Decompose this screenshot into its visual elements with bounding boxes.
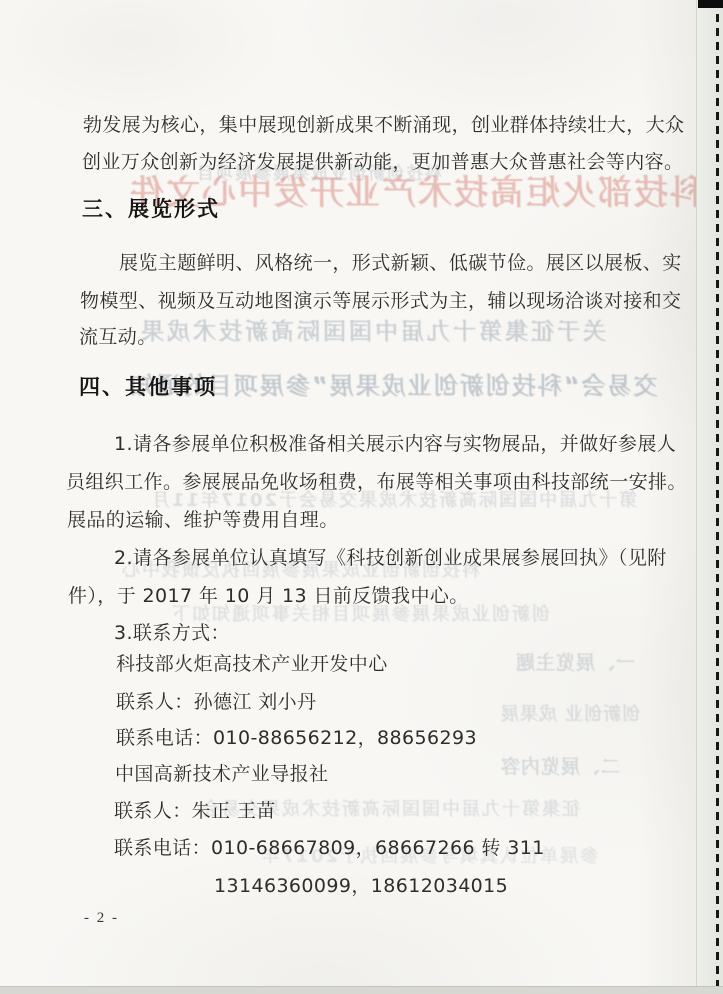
section-heading-3: 三、展览形式: [82, 193, 220, 223]
body-line: 流互动。: [79, 322, 157, 349]
body-line: 1.请各参展单位积极准备相关展示内容与实物展品，并做好参展人: [114, 429, 676, 456]
body-line: 勃发展为核心，集中展现创新成果不断涌现，创业群体持续壮大，大众: [83, 110, 684, 137]
body-line: 件），于 2017 年 10 月 13 日前反馈我中心。: [68, 581, 469, 608]
page-number: - 2 -: [84, 910, 119, 927]
contact-line: 联系人：孙德江 刘小丹: [116, 687, 316, 714]
contact-line: 中国高新技术产业导报社: [115, 759, 328, 786]
body-line: 展品的运输、维护等费用自理。: [67, 505, 339, 532]
scanned-document-page: 科技创新创业成果展参展项目 科技部火炬高技术产业开发中心文件 关于征集第十九届中…: [0, 0, 723, 994]
contact-line: 科技部火炬高技术产业开发中心: [116, 649, 388, 676]
contact-line: 联系电话：010-88656212，88656293: [116, 723, 477, 750]
section-heading-4: 四、其他事项: [79, 371, 217, 401]
contact-line: 联系电话：010-68667809，68667266 转 311: [114, 833, 545, 860]
body-line: 员组织工作。参展展品免收场租费，布展等相关事项由科技部统一安排。: [66, 467, 687, 494]
body-line: 展览主题鲜明、风格统一，形式新颖、低碳节俭。展区以展板、实: [119, 248, 682, 275]
contact-line: 13146360099，18612034015: [214, 871, 508, 898]
body-line: 物模型、视频及互动地图演示等展示形式为主，辅以现场洽谈对接和交: [80, 286, 681, 313]
body-line: 3.联系方式：: [114, 618, 230, 645]
body-line: 创业万众创新为经济发展提供新动能，更加普惠大众普惠社会等内容。: [82, 147, 683, 174]
contact-line: 联系人：朱正 王苗: [114, 796, 276, 823]
document-text-layer: 勃发展为核心，集中展现创新成果不断涌现，创业群体持续壮大，大众 创业万众创新为经…: [0, 0, 723, 994]
body-line: 2.请各参展单位认真填写《科技创新创业成果展参展回执》（见附: [114, 543, 667, 570]
